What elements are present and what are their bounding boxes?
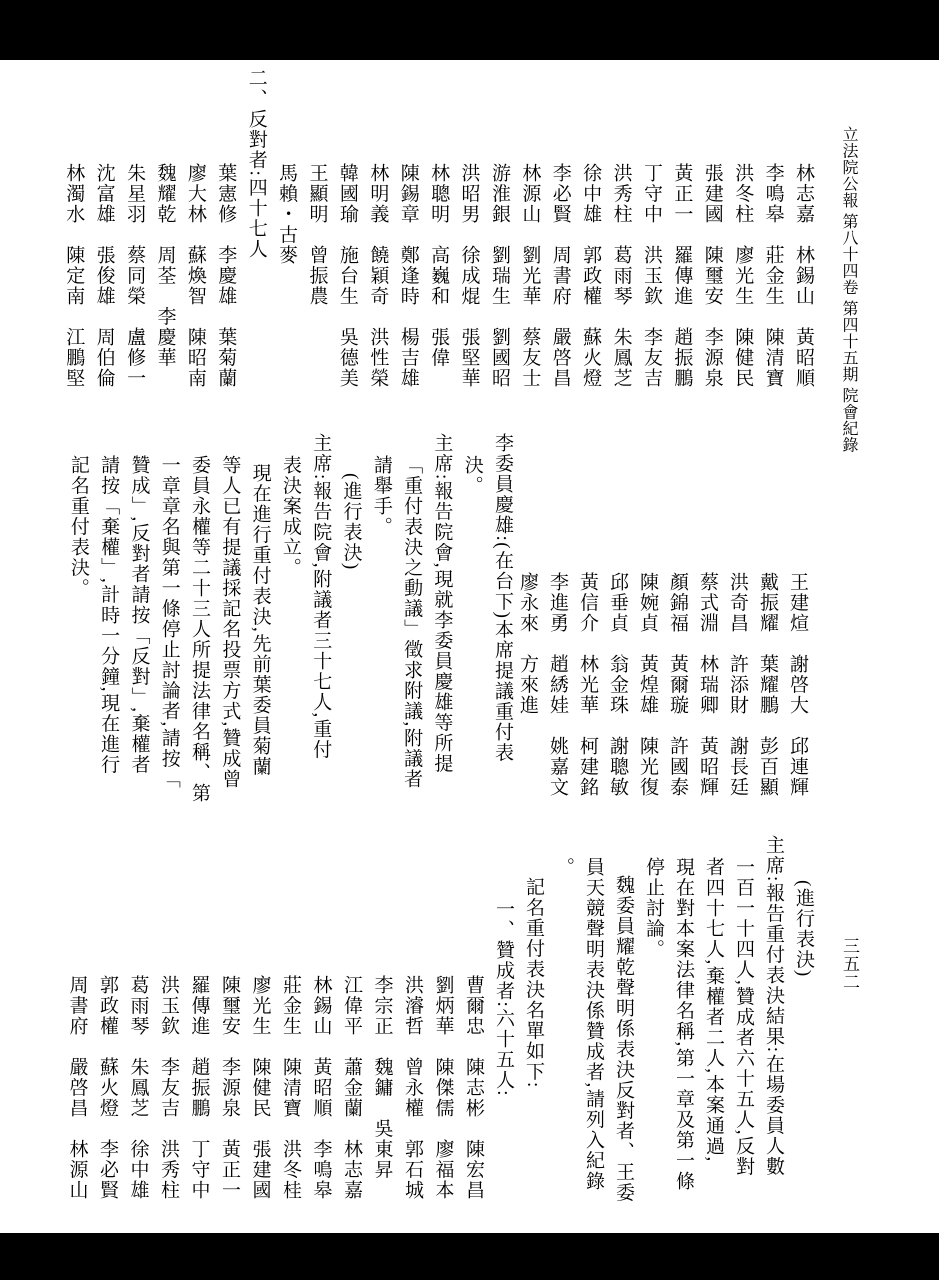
speech-column: 魏委員耀乾聲明係表決反對者、王委 (608, 835, 638, 1235)
name-column: 張建國 陳璽安 李源泉 (696, 163, 726, 463)
name-column: 洪秀柱 葛雨琴 朱鳳芝 (605, 163, 635, 463)
speech-column: 等人已有提議採記名投票方式,贊成曾 (214, 433, 244, 833)
name-column: 廖大林 蘇煥智 陳昭南 (179, 163, 209, 463)
speech-column: 現在對本案法律名稱,第一章及第一條 (668, 835, 698, 1235)
running-header: 立法院公報 第八十四卷 第四十五期 院會紀錄 (837, 126, 860, 453)
name-column: 陳錫章 鄭逢時 楊吉雄 (392, 163, 422, 463)
bottom-register-names: 曹爾忠 陳志彬 陳宏昌 劉炳華 陳傑儒 廖福本 洪濬哲 曾永權 郭石城 李宗正 … (61, 975, 488, 1235)
name-column: 林源山 劉光華 蔡友士 (514, 163, 544, 463)
name-column: 李進勇 趙綉娃 姚嘉文 (542, 572, 572, 832)
speech-column: 主席:報告重付表決結果:在場委員人數 (758, 835, 788, 1235)
speech-column: 。 (548, 835, 578, 1235)
bottom-register-text: (進行表決) 主席:報告重付表決結果:在場委員人數 一百一十四人,贊成者六十五人… (488, 835, 818, 1235)
name-column: 韓國瑜 施台生 吳德美 (332, 163, 362, 463)
name-column: 朱星羽 蔡同榮 盧修一 (119, 163, 149, 463)
name-column: 洪冬柱 廖光生 陳健民 (727, 163, 757, 463)
name-column: 林明義 饒穎奇 洪性榮 (362, 163, 392, 463)
gazette-page-scan: 立法院公報 第八十四卷 第四十五期 院會紀錄 三五二 林志嘉 林錫山 黃昭順 李… (0, 0, 939, 1280)
name-column: 丁守中 洪玉欽 李友吉 (636, 163, 666, 463)
name-column: 劉炳華 陳傑儒 廖福本 (427, 975, 458, 1235)
name-column: 葉憲修 李慶雄 葉菊蘭 (210, 163, 240, 463)
name-column: 李必賢 周書府 嚴啓昌 (544, 163, 574, 463)
speech-column: 主席:報告院會,附議者三十七人,重付 (305, 433, 335, 833)
name-column: 王顯明 曾振農 (301, 163, 331, 463)
name-column: 羅傳進 趙振鵬 丁守中 (183, 975, 214, 1235)
speech-column: 記名重付表決。 (63, 433, 93, 833)
speech-column: 者四十七人,棄權者二人,本案通過, (698, 835, 728, 1235)
speech-column: 主席:報告院會,現就李委員慶雄等所提 (426, 433, 456, 833)
scan-black-bar-bottom (0, 1233, 939, 1280)
name-column: 黃正一 羅傳進 趙振鵬 (666, 163, 696, 463)
name-column: 邱垂貞 翁金珠 謝聰敏 (602, 572, 632, 832)
name-column: 王建煊 謝啓大 邱連輝 (782, 572, 812, 832)
speech-column: 一章章名與第一條停止討論者,請按「 (153, 433, 183, 833)
name-column: 顏錦福 黃爾璇 許國泰 (662, 572, 692, 832)
name-column: 洪昭男 徐成焜 張堅華 (453, 163, 483, 463)
speech-column: 請舉手。 (366, 433, 396, 833)
page-number: 三五二 (837, 937, 862, 991)
speech-column: 表決案成立。 (275, 433, 305, 833)
speech-column: 委員永權等二十三人所提法律名稱、第 (184, 433, 214, 833)
name-column: 曹爾忠 陳志彬 陳宏昌 (458, 975, 489, 1235)
name-column: 廖光生 陳健民 張建國 (244, 975, 275, 1235)
name-column: 葛雨琴 朱鳳芝 徐中雄 (122, 975, 153, 1235)
name-column: 徐中雄 郭政權 蘇火燈 (575, 163, 605, 463)
name-column: 游淮銀 劉瑞生 劉國昭 (484, 163, 514, 463)
roll-call-list-title: 記名重付表決名單如下: (518, 835, 548, 1235)
vote-proceed-note: (進行表決) (788, 835, 818, 1235)
name-column: 林志嘉 林錫山 黃昭順 (788, 163, 818, 463)
speech-column: 「重付表決之動議」徵求附議,附議者 (396, 433, 426, 833)
speech-column: 停止討論。 (638, 835, 668, 1235)
speech-column: 現在進行重付表決,先前葉委員菊蘭 (244, 433, 274, 833)
name-column: 戴振耀 葉耀鵬 彭百顯 (752, 572, 782, 832)
middle-register-speech: 李委員慶雄:(在台下)本席提議重付表 決。 主席:報告院會,現就李委員慶雄等所提… (63, 433, 517, 833)
name-column: 蔡式淵 林瑞卿 黃昭輝 (692, 572, 722, 832)
name-column: 沈富雄 張俊雄 周伯倫 (88, 163, 118, 463)
name-column: 林聰明 高巍和 張偉 (423, 163, 453, 463)
name-column: 林錫山 黃昭順 李鳴皋 (305, 975, 336, 1235)
name-column: 魏耀乾 周荃 李慶華 (149, 163, 179, 463)
speech-column: 贊成」,反對者請按「反對」,棄權者 (123, 433, 153, 833)
name-column: 陳璽安 李源泉 黃正一 (214, 975, 245, 1235)
middle-register-names: 王建煊 謝啓大 邱連輝 戴振耀 葉耀鵬 彭百顯 洪奇昌 許添財 謝長廷 蔡式淵 … (512, 572, 812, 832)
against-list-header: 二、反對者:四十七人 (240, 68, 270, 368)
speech-column: 決。 (456, 433, 486, 833)
name-column: 江偉平 蕭金蘭 林志嘉 (336, 975, 367, 1235)
name-column: 陳婉貞 黃煌雄 陳光復 (632, 572, 662, 832)
name-column: 洪玉欽 李友吉 洪秀柱 (153, 975, 184, 1235)
name-column: 莊金生 陳清寶 洪冬桂 (275, 975, 306, 1235)
name-column: 周書府 嚴啓昌 林源山 (61, 975, 92, 1235)
name-column: 郭政權 蘇火燈 李必賢 (92, 975, 123, 1235)
name-column: 林濁水 陳定南 江鵬堅 (58, 163, 88, 463)
name-column: 洪奇昌 許添財 謝長廷 (722, 572, 752, 832)
top-register: 林志嘉 林錫山 黃昭順 李鳴皋 莊金生 陳清寶 洪冬柱 廖光生 陳健民 張建國 … (58, 163, 818, 463)
speech-column: 李委員慶雄:(在台下)本席提議重付表 (487, 433, 517, 833)
name-column: 李宗正 魏鏞 吳東昇 (366, 975, 397, 1235)
scan-black-bar-top (0, 0, 939, 60)
speech-column: 請按「棄權」,計時一分鐘,現在進行 (93, 433, 123, 833)
name-column: 馬賴・古麥 (271, 163, 301, 463)
name-column: 黃信介 林光華 柯建銘 (572, 572, 602, 832)
speech-column: 一百一十四人,贊成者六十五人,反對 (728, 835, 758, 1235)
yes-list-header: 一、贊成者:六十五人: (488, 835, 518, 1235)
name-column: 洪濬哲 曾永權 郭石城 (397, 975, 428, 1235)
vote-proceed-note: (進行表決) (335, 433, 365, 833)
speech-column: 員天競聲明表決係贊成者,請列入紀錄 (578, 835, 608, 1235)
name-column: 李鳴皋 莊金生 陳清寶 (757, 163, 787, 463)
